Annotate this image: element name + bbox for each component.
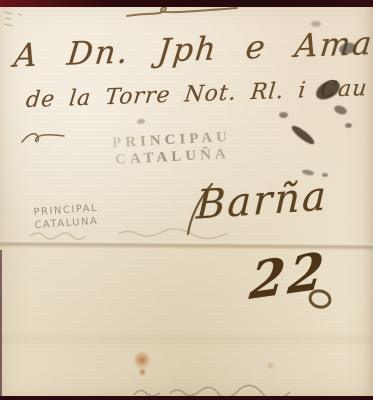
show-through-writing — [28, 228, 238, 240]
scan-border-top — [0, 0, 373, 7]
principau-stamp: PRINCIPAU CATALUÑA — [103, 128, 241, 169]
rust-stain — [139, 367, 146, 377]
letter-photo: A Dn. Jph e Amar de la Torre Not. Rl. i … — [0, 0, 373, 400]
ink-smudge — [311, 21, 321, 27]
fold-crease-faint — [0, 336, 373, 346]
rate-loop — [306, 286, 336, 312]
rust-stain — [264, 362, 277, 369]
ink-smudge — [279, 112, 288, 118]
ink-smudge — [322, 173, 328, 177]
destination-barna: Barña — [195, 173, 328, 228]
scan-border-left — [0, 250, 2, 400]
ink-smudge — [345, 123, 352, 128]
left-squiggle — [20, 128, 66, 146]
corner-scribble — [2, 8, 36, 30]
scan-border-bottom — [0, 396, 373, 400]
